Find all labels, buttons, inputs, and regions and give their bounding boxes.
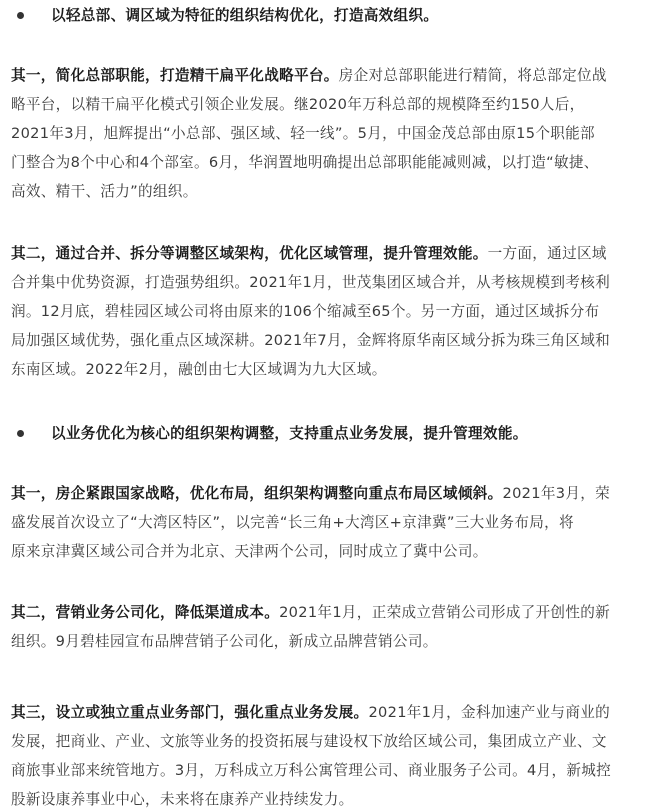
paragraph-text: 高效、精干、活力”的组织。 <box>11 177 663 206</box>
paragraph-text: 原来京津冀区域公司合并为北京、天津两个公司，同时成立了冀中公司。 <box>11 537 663 566</box>
paragraph-text: 2021年1月，金科加速产业与商业的 <box>368 704 610 721</box>
section-bullet-1: 以轻总部、调区域为特征的组织结构优化，打造高效组织。 <box>0 1 666 30</box>
paragraph-text: 组织。9月碧桂园宣布品牌营销子公司化，新成立品牌营销公司。 <box>11 627 663 656</box>
paragraph-text: 房企对总部职能进行精简，将总部定位战 <box>339 67 607 84</box>
paragraph-text: 合并集中优势资源，打造强势组织。2021年1月，世茂集团区域合并，从考核规模到考… <box>11 268 663 297</box>
paragraph-4: 其二，营销业务公司化，降低渠道成本。2021年1月，正荣成立营销公司形成了开创性… <box>11 598 663 656</box>
paragraph-2: 其二，通过合并、拆分等调整区域架构，优化区域管理，提升管理效能。一方面，通过区域… <box>11 239 663 384</box>
bullet-dot-icon <box>17 12 24 19</box>
paragraph-text: 略平台，以精干扁平化模式引领企业发展。继2020年万科总部的规模降至约150人后… <box>11 90 663 119</box>
paragraph-text: 盛发展首次设立了“大湾区特区”，以完善“长三角+大湾区+京津冀”三大业务布局，将 <box>11 508 663 537</box>
paragraph-lead: 其二，营销业务公司化，降低渠道成本。 <box>11 604 279 621</box>
paragraph-text: 东南区域。2022年2月，融创由七大区域调为九大区域。 <box>11 355 663 384</box>
section-heading: 以轻总部、调区域为特征的组织结构优化，打造高效组织。 <box>51 1 438 30</box>
paragraph-lead: 其三，设立或独立重点业务部门，强化重点业务发展。 <box>11 704 368 721</box>
paragraph-text: 润。12月底，碧桂园区域公司将由原来的106个缩减至65个。另一方面，通过区域拆… <box>11 297 663 326</box>
paragraph-text: 2021年3月，荣 <box>503 485 611 502</box>
paragraph-lead: 其二，通过合并、拆分等调整区域架构，优化区域管理，提升管理效能。 <box>11 245 488 262</box>
paragraph-text: 商旅事业部来统管地方。3月，万科成立万科公寓管理公司、商业服务子公司。4月，新城… <box>11 756 663 785</box>
section-bullet-2: 以业务优化为核心的组织架构调整，支持重点业务发展，提升管理效能。 <box>0 419 666 448</box>
paragraph-3: 其一，房企紧跟国家战略，优化布局，组织架构调整向重点布局区域倾斜。2021年3月… <box>11 479 663 566</box>
paragraph-5: 其三，设立或独立重点业务部门，强化重点业务发展。2021年1月，金科加速产业与商… <box>11 698 663 808</box>
paragraph-text: 发展，把商业、产业、文旅等业务的投资拓展与建设权下放给区域公司，集团成立产业、文 <box>11 727 663 756</box>
paragraph-lead: 其一，房企紧跟国家战略，优化布局，组织架构调整向重点布局区域倾斜。 <box>11 485 503 502</box>
paragraph-text: 2021年3月，旭辉提出“小总部、强区域、轻一线”。5月，中国金茂总部由原15个… <box>11 119 663 148</box>
paragraph-lead: 其一，简化总部职能，打造精干扁平化战略平台。 <box>11 67 339 84</box>
paragraph-text: 门整合为8个中心和4个部室。6月，华润置地明确提出总部职能能减则减，以打造“敏捷… <box>11 148 663 177</box>
bullet-dot-icon <box>17 430 24 437</box>
section-heading: 以业务优化为核心的组织架构调整，支持重点业务发展，提升管理效能。 <box>51 419 528 448</box>
paragraph-text: 股新设康养事业中心，未来将在康养产业持续发力。 <box>11 785 663 808</box>
paragraph-text: 一方面，通过区域 <box>488 245 607 262</box>
paragraph-1: 其一，简化总部职能，打造精干扁平化战略平台。房企对总部职能进行精简，将总部定位战… <box>11 61 663 206</box>
paragraph-text: 局加强区域优势，强化重点区域深耕。2021年7月，金辉将原华南区域分拆为珠三角区… <box>11 326 663 355</box>
paragraph-text: 2021年1月，正荣成立营销公司形成了开创性的新 <box>279 604 610 621</box>
